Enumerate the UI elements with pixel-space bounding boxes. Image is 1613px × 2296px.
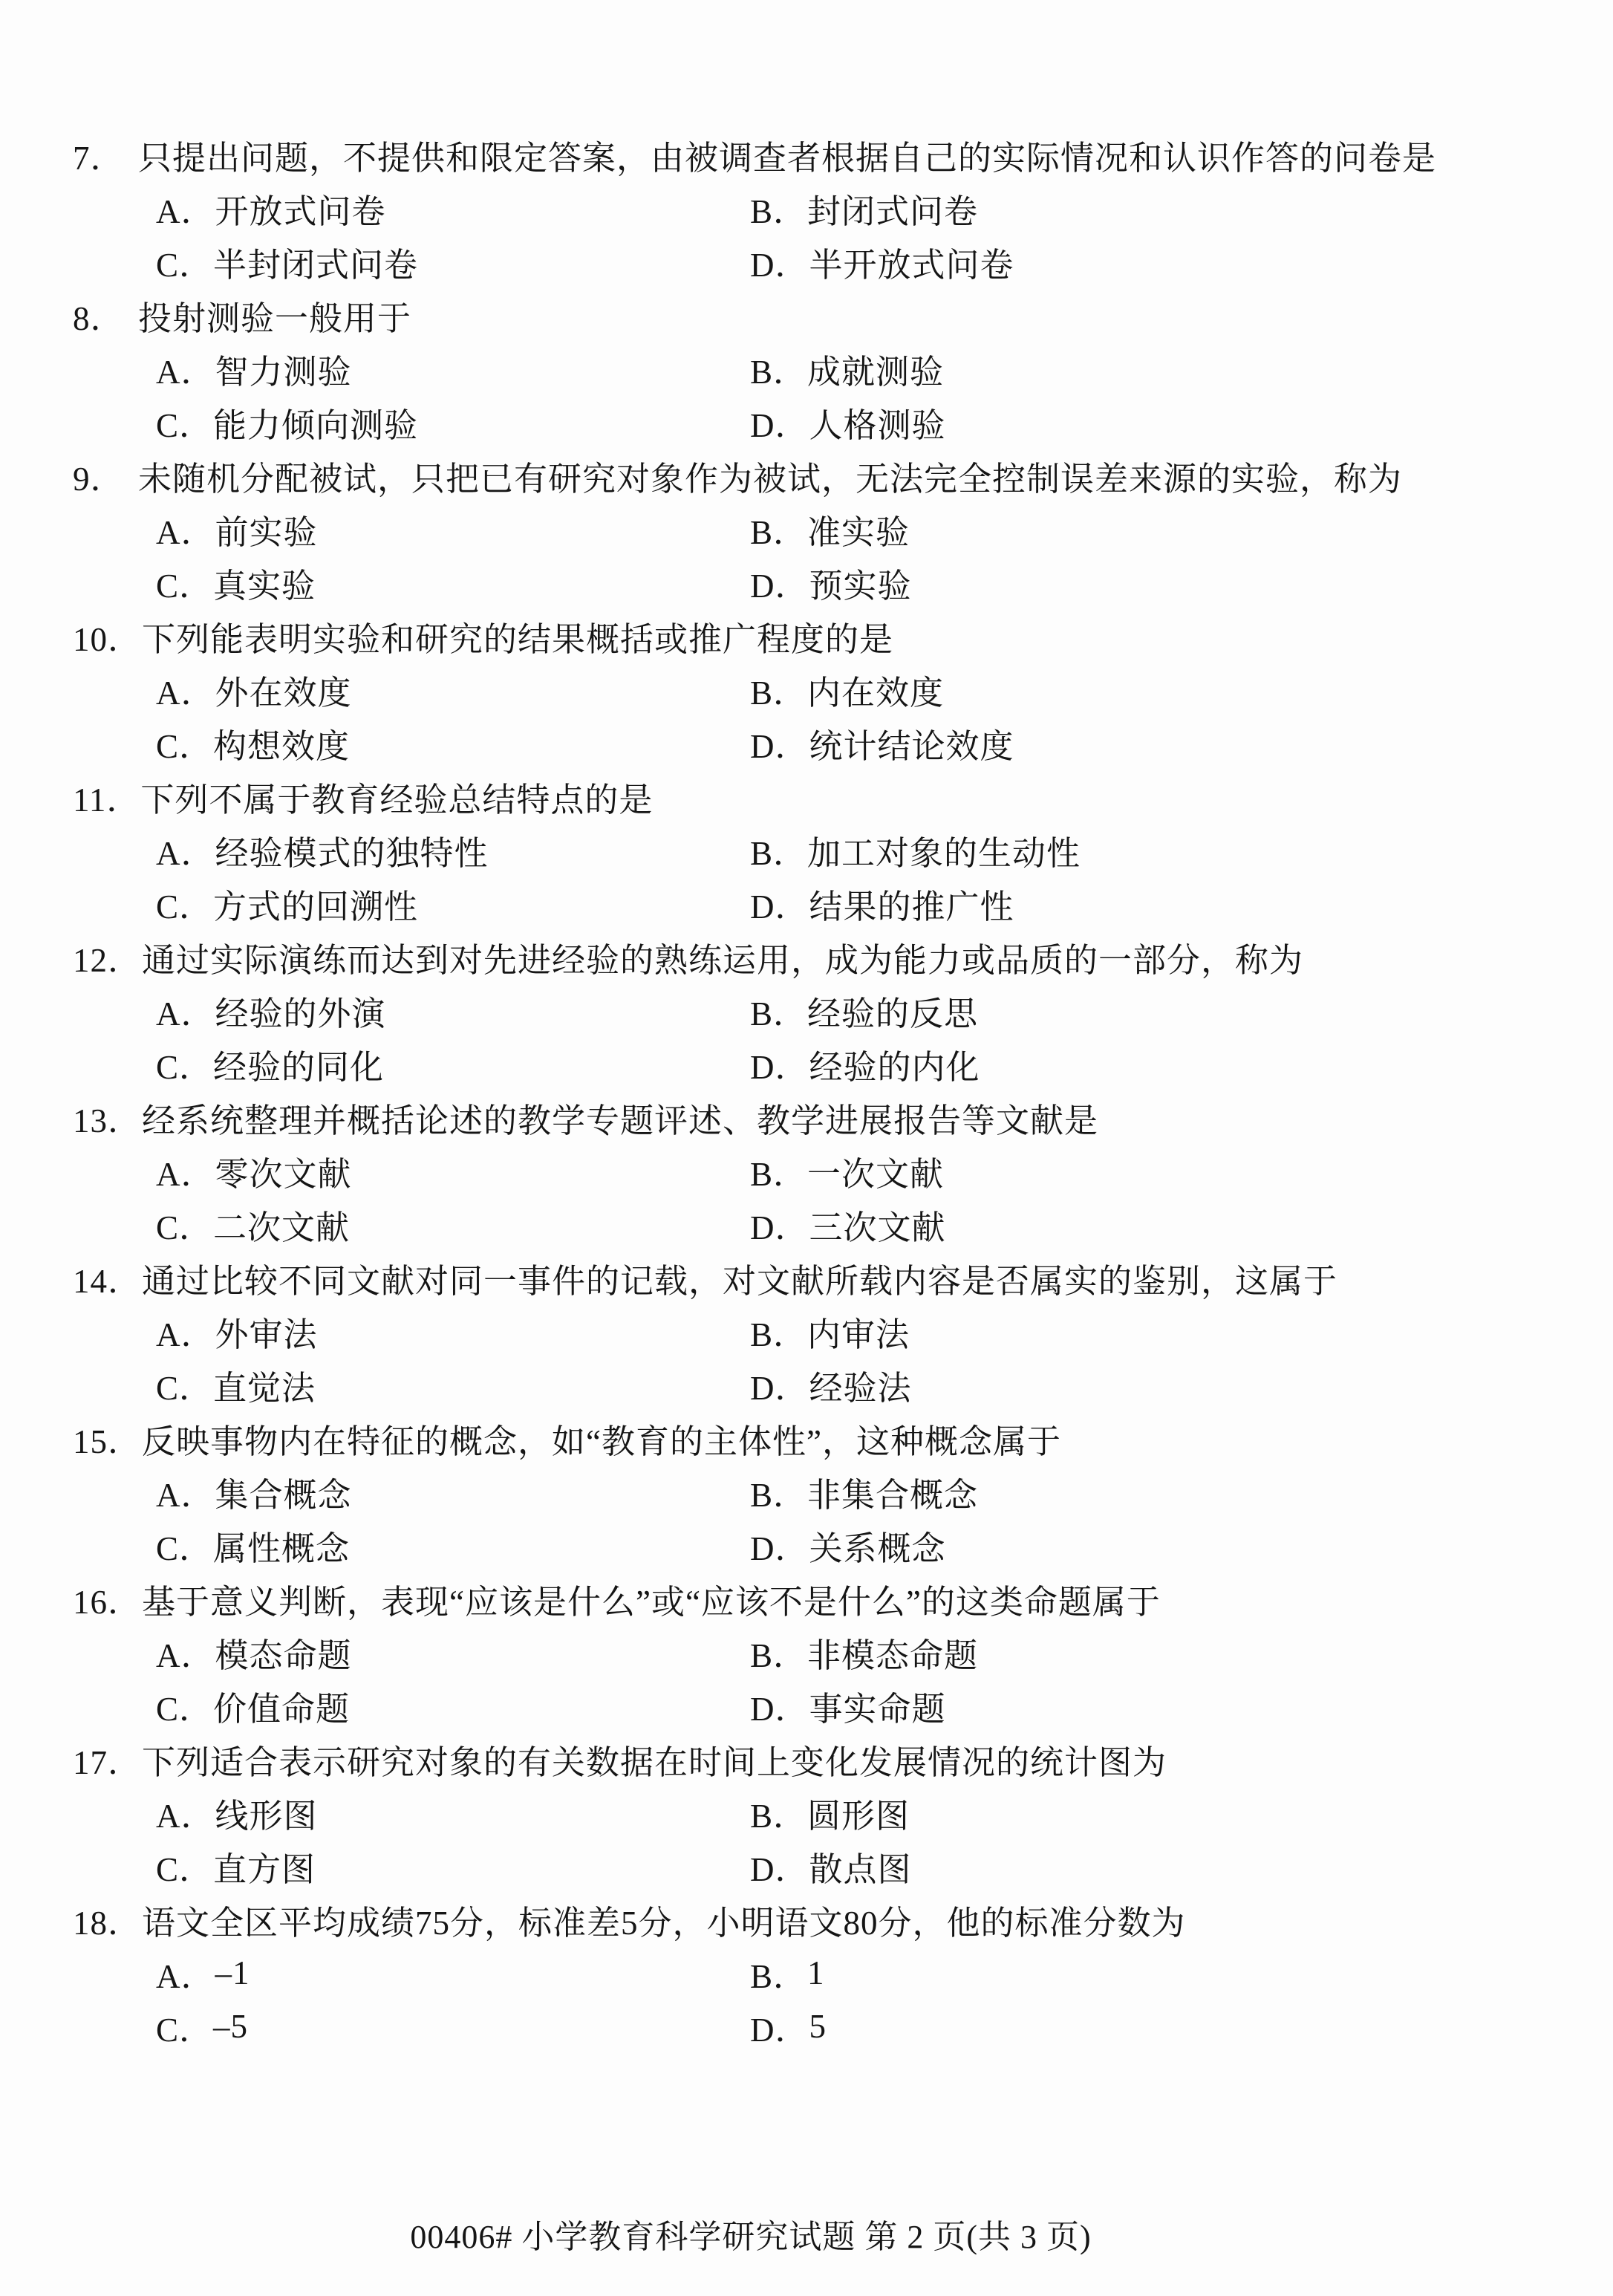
option-row: C． 经验的同化 D． 经验的内化 bbox=[0, 1037, 1613, 1090]
option-row: C． 半封闭式问卷 D． 半开放式问卷 bbox=[0, 235, 1613, 288]
option-row: C． 直觉法 D． 经验法 bbox=[0, 1358, 1613, 1411]
option-text: 零次文献 bbox=[215, 1147, 352, 1195]
option-b: B． 加工对象的生动性 bbox=[750, 826, 1081, 874]
option-c: C． 半封闭式问卷 bbox=[156, 238, 750, 286]
question-number: 14． bbox=[73, 1254, 142, 1302]
option-text: 价值命题 bbox=[213, 1682, 350, 1730]
question-text: 基于意义判断，表现“应该是什么”或“应该不是什么”的这类命题属于 bbox=[142, 1575, 1161, 1623]
option-label: A． bbox=[156, 1628, 215, 1677]
question-number: 7． bbox=[73, 131, 138, 179]
option-label: C． bbox=[156, 1361, 213, 1409]
page-footer: 00406# 小学教育科学研究试题 第 2 页(共 3 页) bbox=[0, 2210, 1613, 2257]
question-text: 语文全区平均成绩75分，标准差5分，小明语文80分，他的标准分数为 bbox=[142, 1896, 1186, 1944]
option-label: A． bbox=[156, 345, 215, 393]
question-text: 经系统整理并概括论述的教学专题评述、教学进展报告等文献是 bbox=[142, 1093, 1098, 1142]
option-text: 方式的回溯性 bbox=[213, 879, 418, 928]
option-text: 开放式问卷 bbox=[215, 184, 386, 232]
question-text: 投射测验一般用于 bbox=[138, 291, 411, 339]
option-c: C． 真实验 bbox=[156, 559, 750, 607]
option-text: 关系概念 bbox=[809, 1521, 946, 1570]
option-row: C． 价值命题 D． 事实命题 bbox=[0, 1679, 1613, 1732]
option-row: A． –1 B． 1 bbox=[0, 1946, 1613, 2000]
question-row: 13． 经系统整理并概括论述的教学专题评述、教学进展报告等文献是 bbox=[0, 1090, 1613, 1144]
questions: 7． 只提出问题，不提供和限定答案，由被调查者根据自己的实际情况和认识作答的问卷… bbox=[0, 128, 1613, 2053]
option-label: D． bbox=[750, 1040, 809, 1088]
option-text: 事实命题 bbox=[809, 1682, 946, 1730]
question-row: 14． 通过比较不同文献对同一事件的记载，对文献所载内容是否属实的鉴别，这属于 bbox=[0, 1251, 1613, 1304]
question-item: 15． 反映事物内在特征的概念，如“教育的主体性”，这种概念属于 A． 集合概念… bbox=[0, 1411, 1613, 1572]
option-a: A． 零次文献 bbox=[156, 1147, 750, 1195]
question-item: 13． 经系统整理并概括论述的教学专题评述、教学进展报告等文献是 A． 零次文献… bbox=[0, 1090, 1613, 1251]
question-item: 14． 通过比较不同文献对同一事件的记载，对文献所载内容是否属实的鉴别，这属于 … bbox=[0, 1251, 1613, 1411]
option-text: 线形图 bbox=[215, 1789, 318, 1837]
option-b: B． 经验的反思 bbox=[750, 986, 978, 1035]
option-text: 散点图 bbox=[809, 1842, 912, 1890]
option-d: D． 经验法 bbox=[750, 1361, 912, 1409]
option-c: C． 经验的同化 bbox=[156, 1040, 750, 1088]
option-row: A． 线形图 B． 圆形图 bbox=[0, 1786, 1613, 1839]
option-text: 成就测验 bbox=[807, 345, 944, 393]
question-item: 18． 语文全区平均成绩75分，标准差5分，小明语文80分，他的标准分数为 A．… bbox=[0, 1893, 1613, 2053]
option-row: A． 开放式问卷 B． 封闭式问卷 bbox=[0, 181, 1613, 235]
option-a: A． 智力测验 bbox=[156, 345, 750, 393]
question-text: 通过实际演练而达到对先进经验的熟练运用，成为能力或品质的一部分，称为 bbox=[142, 933, 1303, 981]
option-text: 加工对象的生动性 bbox=[807, 826, 1081, 874]
option-label: C． bbox=[156, 1200, 213, 1249]
option-row: A． 智力测验 B． 成就测验 bbox=[0, 342, 1613, 395]
option-label: A． bbox=[156, 184, 215, 232]
exam-page: 7． 只提出问题，不提供和限定答案，由被调查者根据自己的实际情况和认识作答的问卷… bbox=[0, 0, 1613, 2296]
option-label: B． bbox=[750, 345, 807, 393]
option-b: B． 内审法 bbox=[750, 1307, 910, 1356]
option-label: D． bbox=[750, 2003, 809, 2051]
option-row: A． 外审法 B． 内审法 bbox=[0, 1304, 1613, 1358]
option-label: B． bbox=[750, 184, 807, 232]
option-label: D． bbox=[750, 1842, 809, 1890]
option-a: A． 经验的外演 bbox=[156, 986, 750, 1035]
option-text: 内在效度 bbox=[807, 666, 944, 714]
option-label: B． bbox=[750, 666, 807, 714]
option-row: C． 属性概念 D． 关系概念 bbox=[0, 1518, 1613, 1572]
question-item: 9． 未随机分配被试，只把已有研究对象作为被试，无法完全控制误差来源的实验，称为… bbox=[0, 449, 1613, 609]
option-b: B． 一次文献 bbox=[750, 1147, 944, 1195]
option-b: B． 成就测验 bbox=[750, 345, 944, 393]
question-item: 16． 基于意义判断，表现“应该是什么”或“应该不是什么”的这类命题属于 A． … bbox=[0, 1572, 1613, 1732]
option-text: 经验模式的独特性 bbox=[215, 826, 489, 874]
option-c: C． 方式的回溯性 bbox=[156, 879, 750, 928]
option-a: A． 前实验 bbox=[156, 505, 750, 553]
question-item: 12． 通过实际演练而达到对先进经验的熟练运用，成为能力或品质的一部分，称为 A… bbox=[0, 930, 1613, 1090]
question-row: 15． 反映事物内在特征的概念，如“教育的主体性”，这种概念属于 bbox=[0, 1411, 1613, 1465]
option-text: 集合概念 bbox=[215, 1468, 352, 1516]
option-text: 真实验 bbox=[213, 559, 316, 607]
question-row: 7． 只提出问题，不提供和限定答案，由被调查者根据自己的实际情况和认识作答的问卷… bbox=[0, 128, 1613, 181]
option-text: 圆形图 bbox=[807, 1789, 910, 1837]
option-a: A． 线形图 bbox=[156, 1789, 750, 1837]
option-text: 预实验 bbox=[809, 559, 912, 607]
option-text: 准实验 bbox=[807, 505, 910, 553]
option-row: C． 方式的回溯性 D． 结果的推广性 bbox=[0, 877, 1613, 930]
option-c: C． 直觉法 bbox=[156, 1361, 750, 1409]
option-label: B． bbox=[750, 1468, 807, 1516]
option-text: 构想效度 bbox=[213, 719, 350, 767]
option-text: 经验法 bbox=[809, 1361, 912, 1409]
option-d: D． 人格测验 bbox=[750, 398, 946, 446]
question-text: 只提出问题，不提供和限定答案，由被调查者根据自己的实际情况和认识作答的问卷是 bbox=[138, 131, 1436, 179]
option-a: A． 模态命题 bbox=[156, 1628, 750, 1677]
option-d: D． 经验的内化 bbox=[750, 1040, 980, 1088]
option-d: D． 结果的推广性 bbox=[750, 879, 1014, 928]
option-text: 模态命题 bbox=[215, 1628, 352, 1677]
option-text: 属性概念 bbox=[213, 1521, 350, 1570]
option-text: 三次文献 bbox=[809, 1200, 946, 1249]
question-text: 下列能表明实验和研究的结果概括或推广程度的是 bbox=[142, 612, 893, 660]
option-label: C． bbox=[156, 719, 213, 767]
option-c: C． 价值命题 bbox=[156, 1682, 750, 1730]
question-number: 9． bbox=[73, 452, 138, 500]
option-text: 内审法 bbox=[807, 1307, 910, 1356]
option-a: A． 外审法 bbox=[156, 1307, 750, 1356]
option-text: 能力倾向测验 bbox=[213, 398, 418, 446]
option-text: 前实验 bbox=[215, 505, 318, 553]
option-label: A． bbox=[156, 1307, 215, 1356]
option-row: A． 经验的外演 B． 经验的反思 bbox=[0, 983, 1613, 1037]
question-row: 18． 语文全区平均成绩75分，标准差5分，小明语文80分，他的标准分数为 bbox=[0, 1893, 1613, 1946]
option-text: 经验的同化 bbox=[213, 1040, 384, 1088]
option-text: 直方图 bbox=[213, 1842, 316, 1890]
option-text: 二次文献 bbox=[213, 1200, 350, 1249]
option-label: C． bbox=[156, 879, 213, 928]
option-text: –1 bbox=[215, 1954, 250, 1992]
option-label: A． bbox=[156, 666, 215, 714]
question-item: 8． 投射测验一般用于 A． 智力测验 B． 成就测验 C． 能力倾向测验 D．… bbox=[0, 288, 1613, 449]
option-row: A． 外在效度 B． 内在效度 bbox=[0, 663, 1613, 716]
option-c: C． 直方图 bbox=[156, 1842, 750, 1890]
option-label: B． bbox=[750, 1628, 807, 1677]
option-label: C． bbox=[156, 398, 213, 446]
option-text: 5 bbox=[809, 2007, 827, 2046]
option-label: C． bbox=[156, 1682, 213, 1730]
option-label: A． bbox=[156, 505, 215, 553]
option-a: A． 集合概念 bbox=[156, 1468, 750, 1516]
question-text: 通过比较不同文献对同一事件的记载，对文献所载内容是否属实的鉴别，这属于 bbox=[142, 1254, 1337, 1302]
option-d: D． 预实验 bbox=[750, 559, 912, 607]
option-b: B． 非集合概念 bbox=[750, 1468, 978, 1516]
option-c: C． 属性概念 bbox=[156, 1521, 750, 1570]
option-text: 外在效度 bbox=[215, 666, 352, 714]
option-row: C． 二次文献 D． 三次文献 bbox=[0, 1197, 1613, 1251]
question-number: 18． bbox=[73, 1896, 142, 1944]
question-row: 9． 未随机分配被试，只把已有研究对象作为被试，无法完全控制误差来源的实验，称为 bbox=[0, 449, 1613, 502]
option-label: A． bbox=[156, 1468, 215, 1516]
option-row: A． 零次文献 B． 一次文献 bbox=[0, 1144, 1613, 1197]
option-text: 1 bbox=[807, 1954, 825, 1992]
option-text: 半开放式问卷 bbox=[809, 238, 1014, 286]
question-number: 12． bbox=[73, 933, 142, 981]
option-b: B． 圆形图 bbox=[750, 1789, 910, 1837]
question-number: 15． bbox=[73, 1414, 142, 1463]
option-label: D． bbox=[750, 1361, 809, 1409]
option-text: 外审法 bbox=[215, 1307, 318, 1356]
option-c: C． –5 bbox=[156, 2003, 750, 2051]
question-row: 8． 投射测验一般用于 bbox=[0, 288, 1613, 342]
question-row: 10． 下列能表明实验和研究的结果概括或推广程度的是 bbox=[0, 609, 1613, 663]
option-b: B． 准实验 bbox=[750, 505, 910, 553]
option-row: A． 集合概念 B． 非集合概念 bbox=[0, 1465, 1613, 1518]
option-b: B． 内在效度 bbox=[750, 666, 944, 714]
option-row: A． 前实验 B． 准实验 bbox=[0, 502, 1613, 556]
option-label: A． bbox=[156, 1147, 215, 1195]
option-d: D． 统计结论效度 bbox=[750, 719, 1014, 767]
option-a: A． –1 bbox=[156, 1949, 750, 1997]
option-label: A． bbox=[156, 1949, 215, 1997]
option-d: D． 三次文献 bbox=[750, 1200, 946, 1249]
option-c: C． 能力倾向测验 bbox=[156, 398, 750, 446]
option-text: 直觉法 bbox=[213, 1361, 316, 1409]
option-label: A． bbox=[156, 986, 215, 1035]
option-c: C． 构想效度 bbox=[156, 719, 750, 767]
option-label: B． bbox=[750, 826, 807, 874]
option-label: B． bbox=[750, 986, 807, 1035]
option-label: D． bbox=[750, 879, 809, 928]
option-text: 经验的内化 bbox=[809, 1040, 980, 1088]
option-c: C． 二次文献 bbox=[156, 1200, 750, 1249]
option-text: 一次文献 bbox=[807, 1147, 944, 1195]
question-number: 8． bbox=[73, 291, 138, 339]
option-label: C． bbox=[156, 2003, 213, 2051]
question-row: 16． 基于意义判断，表现“应该是什么”或“应该不是什么”的这类命题属于 bbox=[0, 1572, 1613, 1625]
option-d: D． 5 bbox=[750, 2003, 827, 2051]
option-label: D． bbox=[750, 559, 809, 607]
question-text: 未随机分配被试，只把已有研究对象作为被试，无法完全控制误差来源的实验，称为 bbox=[138, 452, 1402, 500]
option-label: D． bbox=[750, 1521, 809, 1570]
option-label: D． bbox=[750, 398, 809, 446]
question-item: 10． 下列能表明实验和研究的结果概括或推广程度的是 A． 外在效度 B． 内在… bbox=[0, 609, 1613, 770]
option-label: B． bbox=[750, 505, 807, 553]
question-number: 17． bbox=[73, 1735, 142, 1783]
question-item: 7． 只提出问题，不提供和限定答案，由被调查者根据自己的实际情况和认识作答的问卷… bbox=[0, 128, 1613, 288]
option-label: D． bbox=[750, 1200, 809, 1249]
option-label: D． bbox=[750, 1682, 809, 1730]
option-b: B． 非模态命题 bbox=[750, 1628, 978, 1677]
option-row: A． 经验模式的独特性 B． 加工对象的生动性 bbox=[0, 823, 1613, 877]
option-row: C． 构想效度 D． 统计结论效度 bbox=[0, 716, 1613, 770]
option-label: C． bbox=[156, 559, 213, 607]
option-text: 非集合概念 bbox=[807, 1468, 978, 1516]
option-text: 经验的外演 bbox=[215, 986, 386, 1035]
option-d: D． 散点图 bbox=[750, 1842, 912, 1890]
option-text: 智力测验 bbox=[215, 345, 352, 393]
question-text: 下列适合表示研究对象的有关数据在时间上变化发展情况的统计图为 bbox=[142, 1735, 1167, 1783]
question-row: 12． 通过实际演练而达到对先进经验的熟练运用，成为能力或品质的一部分，称为 bbox=[0, 930, 1613, 983]
option-text: –5 bbox=[213, 2007, 248, 2046]
option-label: B． bbox=[750, 1789, 807, 1837]
option-row: C． 真实验 D． 预实验 bbox=[0, 556, 1613, 609]
option-text: 半封闭式问卷 bbox=[213, 238, 418, 286]
option-d: D． 半开放式问卷 bbox=[750, 238, 1014, 286]
question-row: 17． 下列适合表示研究对象的有关数据在时间上变化发展情况的统计图为 bbox=[0, 1732, 1613, 1786]
option-label: C． bbox=[156, 1842, 213, 1890]
option-text: 非模态命题 bbox=[807, 1628, 978, 1677]
question-row: 11． 下列不属于教育经验总结特点的是 bbox=[0, 770, 1613, 823]
question-number: 16． bbox=[73, 1575, 142, 1623]
option-label: C． bbox=[156, 238, 213, 286]
option-label: B． bbox=[750, 1949, 807, 1997]
option-row: C． 能力倾向测验 D． 人格测验 bbox=[0, 395, 1613, 449]
option-a: A． 开放式问卷 bbox=[156, 184, 750, 232]
option-text: 人格测验 bbox=[809, 398, 946, 446]
option-label: B． bbox=[750, 1307, 807, 1356]
option-label: D． bbox=[750, 238, 809, 286]
question-text: 反映事物内在特征的概念，如“教育的主体性”，这种概念属于 bbox=[142, 1414, 1061, 1463]
option-a: A． 外在效度 bbox=[156, 666, 750, 714]
option-label: A． bbox=[156, 826, 215, 874]
option-d: D． 事实命题 bbox=[750, 1682, 946, 1730]
option-a: A． 经验模式的独特性 bbox=[156, 826, 750, 874]
option-label: A． bbox=[156, 1789, 215, 1837]
option-label: B． bbox=[750, 1147, 807, 1195]
option-label: D． bbox=[750, 719, 809, 767]
option-row: C． 直方图 D． 散点图 bbox=[0, 1839, 1613, 1893]
option-d: D． 关系概念 bbox=[750, 1521, 946, 1570]
question-item: 11． 下列不属于教育经验总结特点的是 A． 经验模式的独特性 B． 加工对象的… bbox=[0, 770, 1613, 930]
option-text: 统计结论效度 bbox=[809, 719, 1014, 767]
option-text: 封闭式问卷 bbox=[807, 184, 978, 232]
option-label: C． bbox=[156, 1040, 213, 1088]
question-item: 17． 下列适合表示研究对象的有关数据在时间上变化发展情况的统计图为 A． 线形… bbox=[0, 1732, 1613, 1893]
question-number: 10． bbox=[73, 612, 142, 660]
option-row: C． –5 D． 5 bbox=[0, 2000, 1613, 2053]
question-number: 11． bbox=[73, 773, 140, 821]
question-number: 13． bbox=[73, 1093, 142, 1142]
option-label: C． bbox=[156, 1521, 213, 1570]
option-b: B． 封闭式问卷 bbox=[750, 184, 978, 232]
option-b: B． 1 bbox=[750, 1949, 825, 1997]
option-text: 经验的反思 bbox=[807, 986, 978, 1035]
option-text: 结果的推广性 bbox=[809, 879, 1014, 928]
option-row: A． 模态命题 B． 非模态命题 bbox=[0, 1625, 1613, 1679]
question-text: 下列不属于教育经验总结特点的是 bbox=[140, 773, 653, 821]
